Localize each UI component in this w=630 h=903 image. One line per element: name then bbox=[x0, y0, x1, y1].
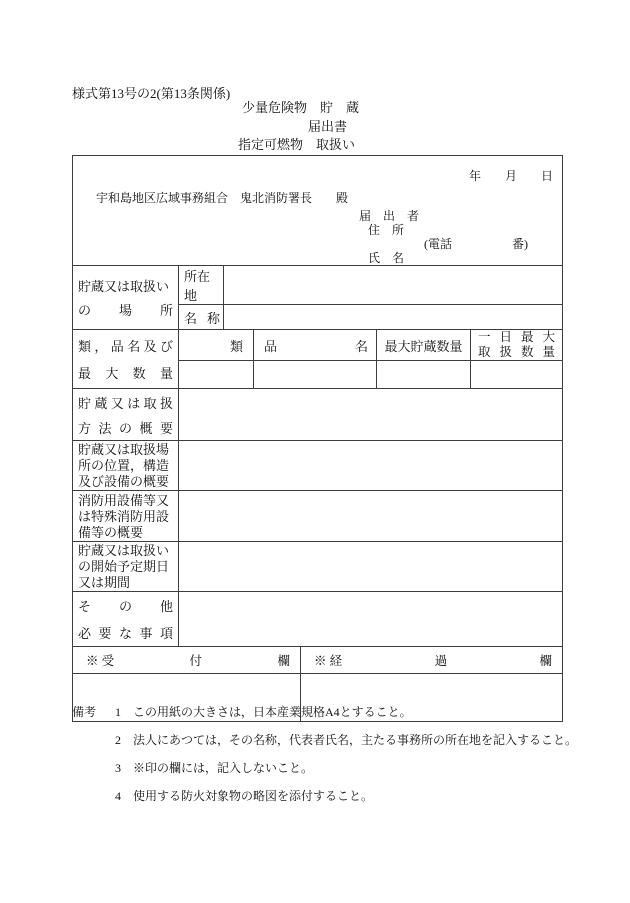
field-storage-method-value[interactable] bbox=[179, 389, 563, 441]
form-title: 少量危険物 貯 蔵 届出書 指定可燃物 取扱い bbox=[0, 99, 359, 155]
colheader-daily-max: 一日最大 取扱数量 bbox=[471, 330, 563, 361]
note-item: 備考 1 この用紙の大きさは，日本産業規格A4とすること。 bbox=[72, 705, 602, 719]
header-cell: 年 月 日 宇和島地区広域事務組合 鬼北消防署長 殿 届 出 者 住 所 (電話… bbox=[73, 156, 563, 266]
form-page: 様式第13号の2(第13条関係) 少量危険物 貯 蔵 届出書 指定可燃物 取扱い… bbox=[0, 0, 630, 903]
label-class-name-qty: 類，品名及び 最大数量 bbox=[73, 330, 179, 389]
progress-part-1: ※ 経 bbox=[314, 651, 342, 669]
notifier-phone-label[interactable]: (電話 番) bbox=[424, 237, 562, 251]
notes: 備考 1 この用紙の大きさは，日本産業規格A4とすること。 2 法人にあつては，… bbox=[72, 705, 602, 817]
label-start-date-lines: 貯蔵又は取扱い の開始予定期日 又は期間 bbox=[78, 542, 173, 591]
title-line-2: 届出書 bbox=[308, 118, 359, 137]
label-fire-equipment-lines: 消防用設備等又 は特殊消防用設 備等の概要 bbox=[78, 492, 173, 541]
label-reception-column: ※ 受 付 欄 bbox=[73, 647, 301, 674]
colheader-class: 類 bbox=[179, 330, 254, 361]
label-progress-column: ※ 経 過 欄 bbox=[301, 647, 563, 674]
label-method-line2: 方法の概要 bbox=[78, 418, 173, 437]
notes-label: 備考 bbox=[72, 705, 115, 719]
label-structure-lines: 貯蔵又は取扱場 所の位置，構造 及び設備の概要 bbox=[78, 441, 173, 490]
field-other-matters-value[interactable] bbox=[179, 592, 563, 647]
label-other-line1: その他 bbox=[78, 596, 173, 615]
note-text: この用紙の大きさは，日本産業規格A4とすること。 bbox=[133, 705, 602, 719]
label-class-line1: 類，品名及び bbox=[78, 336, 173, 355]
colheader-product-name: 品名 bbox=[254, 330, 377, 361]
addressee: 宇和島地区広域事務組合 鬼北消防署長 殿 bbox=[73, 184, 562, 206]
notifier-name-label[interactable]: 氏 名 bbox=[368, 251, 562, 265]
colheader-max-storage: 最大貯蔵数量 bbox=[377, 330, 471, 361]
label-fire-equipment: 消防用設備等又 は特殊消防用設 備等の概要 bbox=[73, 491, 179, 542]
field-start-date-value[interactable] bbox=[179, 542, 563, 592]
date-line[interactable]: 年 月 日 bbox=[73, 156, 562, 184]
progress-part-3: 欄 bbox=[540, 651, 553, 669]
label-storage-place-line1: 貯蔵又は取扱い bbox=[78, 276, 173, 295]
note-text: 使用する防火対象物の略図を添付すること。 bbox=[133, 789, 602, 803]
note-text: 法人にあつては，その名称，代表者氏名，主たる事務所の所在地を記入すること。 bbox=[133, 733, 602, 747]
notifier-address-label[interactable]: 住 所 bbox=[368, 223, 562, 237]
reception-part-1: ※ 受 bbox=[86, 651, 114, 669]
label-method-line1: 貯蔵又は取扱 bbox=[78, 393, 173, 412]
note-number: 3 bbox=[115, 761, 133, 775]
sublabel-name: 名称 bbox=[179, 305, 224, 330]
title-line-3: 指定可燃物 取扱い bbox=[238, 136, 359, 155]
label-storage-method: 貯蔵又は取扱 方法の概要 bbox=[73, 389, 179, 441]
field-fire-equipment-value[interactable] bbox=[179, 491, 563, 542]
note-item: 4 使用する防火対象物の略図を添付すること。 bbox=[72, 789, 602, 803]
field-structure-value[interactable] bbox=[179, 441, 563, 491]
label-structure: 貯蔵又は取扱場 所の位置，構造 及び設備の概要 bbox=[73, 441, 179, 491]
label-storage-place-line2: の場所 bbox=[78, 300, 173, 319]
field-product-name-value[interactable] bbox=[254, 361, 377, 389]
reception-part-3: 欄 bbox=[277, 651, 290, 669]
title-line-1: 少量危険物 貯 蔵 bbox=[242, 99, 359, 118]
label-other-line2: 必要な事項 bbox=[78, 623, 173, 642]
note-number: 4 bbox=[115, 789, 133, 803]
reception-part-2: 付 bbox=[190, 651, 203, 669]
label-other-matters: その他 必要な事項 bbox=[73, 592, 179, 647]
label-class-line2: 最大数量 bbox=[78, 363, 173, 382]
form-table: 年 月 日 宇和島地区広域事務組合 鬼北消防署長 殿 届 出 者 住 所 (電話… bbox=[72, 155, 563, 722]
field-name-value[interactable] bbox=[224, 305, 563, 330]
note-number: 2 bbox=[115, 733, 133, 747]
field-class-value[interactable] bbox=[179, 361, 254, 389]
sublabel-location: 所在地 bbox=[179, 266, 224, 305]
notifier-label: 届 出 者 bbox=[359, 209, 562, 223]
note-number: 1 bbox=[115, 705, 133, 719]
progress-part-2: 過 bbox=[435, 651, 448, 669]
label-storage-place: 貯蔵又は取扱い の場所 bbox=[73, 266, 179, 330]
label-start-date: 貯蔵又は取扱い の開始予定期日 又は期間 bbox=[73, 542, 179, 592]
note-item: 3 ※印の欄には，記入しないこと。 bbox=[72, 761, 602, 775]
field-daily-max-value[interactable] bbox=[471, 361, 563, 389]
field-max-storage-value[interactable] bbox=[377, 361, 471, 389]
note-text: ※印の欄には，記入しないこと。 bbox=[133, 761, 602, 775]
field-location-value[interactable] bbox=[224, 266, 563, 305]
note-item: 2 法人にあつては，その名称，代表者氏名，主たる事務所の所在地を記入すること。 bbox=[72, 733, 602, 747]
